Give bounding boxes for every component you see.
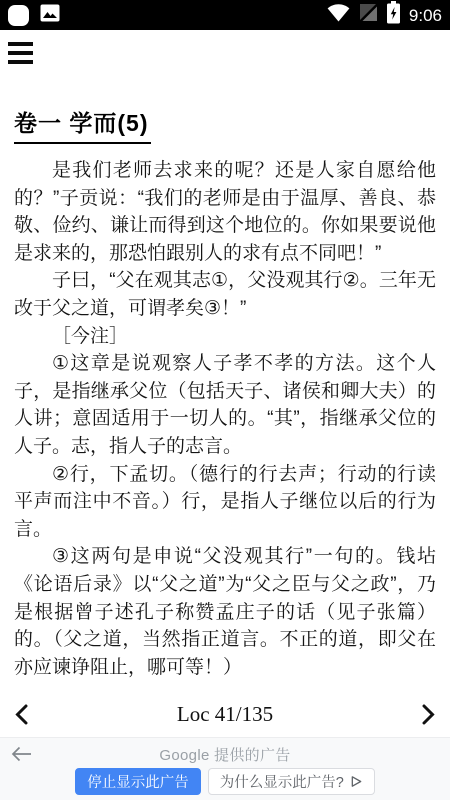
status-bar-clock: 9:06 <box>409 7 442 24</box>
paragraph: ［今注］ <box>14 323 436 351</box>
paragraph: ①这章是说观察人子孝不孝的方法。这个人子，是指继承父位（包括天子、诸侯和卿大夫）… <box>14 350 436 460</box>
next-page-button[interactable] <box>421 703 435 725</box>
chevron-right-icon <box>422 704 435 725</box>
hamburger-icon <box>8 42 33 46</box>
page-location: Loc 41/135 <box>29 702 421 727</box>
status-bar-system-icons: 9:06 <box>327 1 442 29</box>
rounded-square-icon <box>8 5 29 26</box>
why-ad-button[interactable]: 为什么显示此广告? <box>208 768 375 795</box>
ad-attribution: Google 提供的广告 <box>0 744 450 765</box>
ad-buttons: 停止显示此广告 为什么显示此广告? <box>0 768 450 795</box>
photo-icon <box>40 3 60 28</box>
paragraph: ③这两句是申说“父没观其行”一句的。钱坫《论语后录》以“父之道”为“父之臣与父之… <box>14 543 436 681</box>
paragraph: 子曰，“父在观其志①，父没观其行②。三年无改于父之道，可谓孝矣③！” <box>14 267 436 322</box>
wifi-icon <box>327 4 350 27</box>
status-bar: 9:06 <box>0 0 450 30</box>
reader-body: 是我们老师去求来的呢？还是人家自愿给他的？”子贡说：“我们的老师是由于温厚、善良… <box>14 157 436 681</box>
ad-banner: Google 提供的广告 停止显示此广告 为什么显示此广告? <box>0 737 450 800</box>
phone-screen: 9:06 卷一 学而(5) 是我们老师去求来的呢？还是人家自愿给他的？”子贡说：… <box>0 0 450 800</box>
chevron-left-icon <box>15 704 28 725</box>
title-wrap: 卷一 学而(5) <box>14 105 436 144</box>
paragraph: 是我们老师去求来的呢？还是人家自愿给他的？”子贡说：“我们的老师是由于温厚、善良… <box>14 157 436 267</box>
adchoices-icon <box>350 775 363 788</box>
status-bar-notifications <box>8 3 60 28</box>
battery-charging-icon <box>387 1 400 29</box>
page-nav: Loc 41/135 <box>0 691 450 737</box>
no-signal-icon <box>359 3 378 27</box>
menu-button[interactable] <box>8 42 34 64</box>
chapter-title: 卷一 学而(5) <box>14 105 151 144</box>
why-ad-label: 为什么显示此广告? <box>220 771 344 792</box>
prev-page-button[interactable] <box>15 703 29 725</box>
stop-ad-button[interactable]: 停止显示此广告 <box>75 768 201 795</box>
paragraph: ②行，下孟切。（德行的行去声；行动的行读平声而注中不音。）行，是指人子继位以后的… <box>14 461 436 544</box>
